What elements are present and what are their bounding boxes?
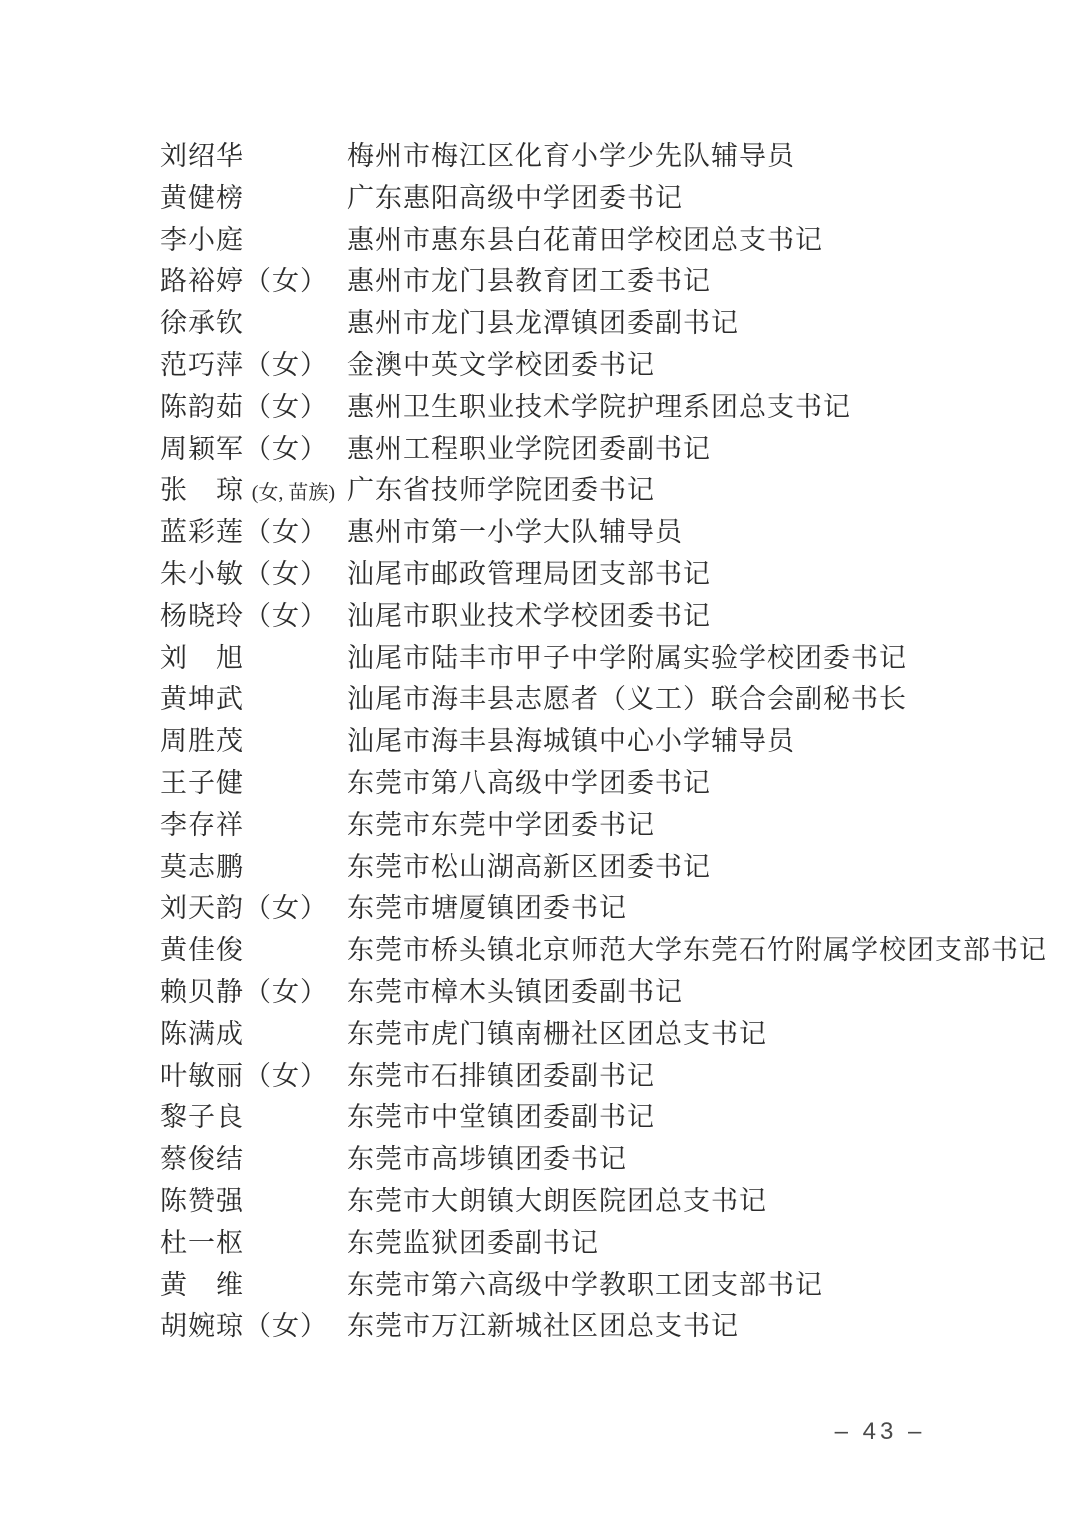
person-name: 周胜茂 bbox=[160, 726, 244, 756]
page-number: – 43 – bbox=[830, 1418, 930, 1446]
person-name-cell: 王子健 bbox=[160, 763, 347, 808]
roster-row: 陈赞强 东莞市大朗镇大朗医院团总支书记 bbox=[160, 1181, 1020, 1223]
person-name-cell: 刘 旭 bbox=[160, 638, 347, 683]
person-name: 周颖军（女） bbox=[160, 434, 328, 464]
person-name-cell: 胡婉琼（女） bbox=[160, 1306, 347, 1351]
roster-row: 叶敏丽（女） 东莞市石排镇团委副书记 bbox=[160, 1056, 1020, 1098]
person-name: 王子健 bbox=[160, 768, 244, 798]
person-position: 广东省技师学院团委书记 bbox=[347, 470, 1020, 512]
person-position: 汕尾市职业技术学校团委书记 bbox=[347, 596, 1020, 638]
roster-row: 刘 旭 汕尾市陆丰市甲子中学附属实验学校团委书记 bbox=[160, 638, 1020, 680]
person-name: 陈韵茹（女） bbox=[160, 392, 328, 422]
person-position: 惠州市龙门县龙潭镇团委副书记 bbox=[347, 303, 1020, 345]
person-name: 黄坤武 bbox=[160, 684, 244, 714]
person-name: 蔡俊结 bbox=[160, 1144, 244, 1174]
person-position: 东莞市万江新城社区团总支书记 bbox=[347, 1306, 1020, 1348]
person-position: 东莞市第六高级中学教职工团支部书记 bbox=[347, 1265, 1020, 1307]
roster-row: 蔡俊结 东莞市高埗镇团委书记 bbox=[160, 1139, 1020, 1181]
person-name-cell: 陈满成 bbox=[160, 1014, 347, 1059]
person-name-cell: 杨晓玲（女） bbox=[160, 596, 347, 641]
person-name: 路裕婷（女） bbox=[160, 266, 328, 296]
person-name: 朱小敏（女） bbox=[160, 559, 328, 589]
person-name: 杨晓玲（女） bbox=[160, 601, 328, 631]
roster-row: 李存祥 东莞市东莞中学团委书记 bbox=[160, 805, 1020, 847]
person-name: 黎子良 bbox=[160, 1102, 244, 1132]
person-name: 徐承钦 bbox=[160, 308, 244, 338]
person-position: 汕尾市邮政管理局团支部书记 bbox=[347, 554, 1020, 596]
person-name-cell: 范巧萍（女） bbox=[160, 345, 347, 390]
roster-row: 蓝彩莲（女） 惠州市第一小学大队辅导员 bbox=[160, 512, 1020, 554]
roster-row: 黄 维 东莞市第六高级中学教职工团支部书记 bbox=[160, 1265, 1020, 1307]
person-position: 汕尾市海丰县海城镇中心小学辅导员 bbox=[347, 721, 1020, 763]
roster-row: 胡婉琼（女） 东莞市万江新城社区团总支书记 bbox=[160, 1306, 1020, 1348]
person-name: 黄佳俊 bbox=[160, 935, 244, 965]
roster-row: 莫志鹏 东莞市松山湖高新区团委书记 bbox=[160, 847, 1020, 889]
roster-row: 张 琼 (女, 苗族) 广东省技师学院团委书记 bbox=[160, 470, 1020, 512]
person-position: 东莞市石排镇团委副书记 bbox=[347, 1056, 1020, 1098]
person-name: 杜一枢 bbox=[160, 1228, 244, 1258]
roster-row: 徐承钦 惠州市龙门县龙潭镇团委副书记 bbox=[160, 303, 1020, 345]
person-name-cell: 刘天韵（女） bbox=[160, 888, 347, 933]
roster-row: 黄健榜 广东惠阳高级中学团委书记 bbox=[160, 178, 1020, 220]
person-name-cell: 黄健榜 bbox=[160, 178, 347, 223]
person-name-cell: 周胜茂 bbox=[160, 721, 347, 766]
person-position: 东莞市松山湖高新区团委书记 bbox=[347, 847, 1020, 889]
person-name-cell: 陈赞强 bbox=[160, 1181, 347, 1226]
roster-row: 路裕婷（女） 惠州市龙门县教育团工委书记 bbox=[160, 261, 1020, 303]
person-position: 梅州市梅江区化育小学少先队辅导员 bbox=[347, 136, 1020, 178]
roster-row: 周颖军（女） 惠州工程职业学院团委副书记 bbox=[160, 429, 1020, 471]
person-name-cell: 徐承钦 bbox=[160, 303, 347, 348]
person-position: 东莞市塘厦镇团委书记 bbox=[347, 888, 1020, 930]
person-name: 黄 维 bbox=[160, 1270, 244, 1300]
roster-row: 黄坤武 汕尾市海丰县志愿者（义工）联合会副秘书长 bbox=[160, 679, 1020, 721]
person-position: 东莞监狱团委副书记 bbox=[347, 1223, 1020, 1265]
person-name-cell: 李小庭 bbox=[160, 220, 347, 265]
person-position: 东莞市第八高级中学团委书记 bbox=[347, 763, 1020, 805]
person-name-cell: 黄佳俊 bbox=[160, 930, 347, 975]
person-name-cell: 李存祥 bbox=[160, 805, 347, 850]
person-position: 东莞市虎门镇南栅社区团总支书记 bbox=[347, 1014, 1020, 1056]
person-name: 莫志鹏 bbox=[160, 852, 244, 882]
person-name-note: (女, 苗族) bbox=[252, 482, 335, 504]
person-name: 李存祥 bbox=[160, 810, 244, 840]
person-name-cell: 路裕婷（女） bbox=[160, 261, 347, 306]
document-page: 刘绍华 梅州市梅江区化育小学少先队辅导员 黄健榜 广东惠阳高级中学团委书记 李小… bbox=[0, 0, 1080, 1527]
person-name: 蓝彩莲（女） bbox=[160, 517, 328, 547]
person-name-cell: 莫志鹏 bbox=[160, 847, 347, 892]
person-name: 李小庭 bbox=[160, 225, 244, 255]
person-position: 汕尾市海丰县志愿者（义工）联合会副秘书长 bbox=[347, 679, 1020, 721]
roster-row: 陈满成 东莞市虎门镇南栅社区团总支书记 bbox=[160, 1014, 1020, 1056]
person-position: 广东惠阳高级中学团委书记 bbox=[347, 178, 1020, 220]
person-name-cell: 黎子良 bbox=[160, 1097, 347, 1142]
person-position: 惠州卫生职业技术学院护理系团总支书记 bbox=[347, 387, 1020, 429]
person-name-cell: 黄 维 bbox=[160, 1265, 347, 1310]
person-name-cell: 陈韵茹（女） bbox=[160, 387, 347, 432]
person-name: 刘绍华 bbox=[160, 141, 244, 171]
person-name: 刘天韵（女） bbox=[160, 893, 328, 923]
person-name: 赖贝静（女） bbox=[160, 977, 328, 1007]
roster-row: 刘天韵（女） 东莞市塘厦镇团委书记 bbox=[160, 888, 1020, 930]
roster-row: 杜一枢 东莞监狱团委副书记 bbox=[160, 1223, 1020, 1265]
person-name: 黄健榜 bbox=[160, 183, 244, 213]
person-name: 刘 旭 bbox=[160, 643, 244, 673]
person-name-cell: 赖贝静（女） bbox=[160, 972, 347, 1017]
person-name: 张 琼 bbox=[160, 475, 244, 505]
person-name: 叶敏丽（女） bbox=[160, 1061, 328, 1091]
person-position: 东莞市桥头镇北京师范大学东莞石竹附属学校团支部书记 bbox=[347, 930, 1047, 972]
roster-row: 李小庭 惠州市惠东县白花莆田学校团总支书记 bbox=[160, 220, 1020, 262]
roster-row: 朱小敏（女） 汕尾市邮政管理局团支部书记 bbox=[160, 554, 1020, 596]
person-position: 惠州工程职业学院团委副书记 bbox=[347, 429, 1020, 471]
roster-row: 赖贝静（女） 东莞市樟木头镇团委副书记 bbox=[160, 972, 1020, 1014]
roster-row: 王子健 东莞市第八高级中学团委书记 bbox=[160, 763, 1020, 805]
roster-row: 刘绍华 梅州市梅江区化育小学少先队辅导员 bbox=[160, 136, 1020, 178]
person-name-cell: 黄坤武 bbox=[160, 679, 347, 724]
person-position: 惠州市龙门县教育团工委书记 bbox=[347, 261, 1020, 303]
roster-row: 陈韵茹（女） 惠州卫生职业技术学院护理系团总支书记 bbox=[160, 387, 1020, 429]
person-position: 东莞市东莞中学团委书记 bbox=[347, 805, 1020, 847]
person-name-cell: 朱小敏（女） bbox=[160, 554, 347, 599]
person-name: 范巧萍（女） bbox=[160, 350, 328, 380]
person-position: 东莞市中堂镇团委副书记 bbox=[347, 1097, 1020, 1139]
person-position: 东莞市樟木头镇团委副书记 bbox=[347, 972, 1020, 1014]
person-position: 东莞市高埗镇团委书记 bbox=[347, 1139, 1020, 1181]
roster-row: 杨晓玲（女） 汕尾市职业技术学校团委书记 bbox=[160, 596, 1020, 638]
person-position: 金澳中英文学校团委书记 bbox=[347, 345, 1020, 387]
person-name-cell: 张 琼 (女, 苗族) bbox=[160, 470, 347, 515]
person-name-cell: 刘绍华 bbox=[160, 136, 347, 181]
roster-row: 黄佳俊 东莞市桥头镇北京师范大学东莞石竹附属学校团支部书记 bbox=[160, 930, 1020, 972]
person-name: 胡婉琼（女） bbox=[160, 1311, 328, 1341]
person-position: 东莞市大朗镇大朗医院团总支书记 bbox=[347, 1181, 1020, 1223]
person-name-cell: 杜一枢 bbox=[160, 1223, 347, 1268]
person-position: 汕尾市陆丰市甲子中学附属实验学校团委书记 bbox=[347, 638, 1020, 680]
roster-row: 黎子良 东莞市中堂镇团委副书记 bbox=[160, 1097, 1020, 1139]
person-position: 惠州市惠东县白花莆田学校团总支书记 bbox=[347, 220, 1020, 262]
person-name-cell: 周颖军（女） bbox=[160, 429, 347, 474]
person-name-cell: 蓝彩莲（女） bbox=[160, 512, 347, 557]
roster-row: 范巧萍（女） 金澳中英文学校团委书记 bbox=[160, 345, 1020, 387]
person-position: 惠州市第一小学大队辅导员 bbox=[347, 512, 1020, 554]
roster-row: 周胜茂 汕尾市海丰县海城镇中心小学辅导员 bbox=[160, 721, 1020, 763]
person-name-cell: 蔡俊结 bbox=[160, 1139, 347, 1184]
person-name: 陈赞强 bbox=[160, 1186, 244, 1216]
person-name-cell: 叶敏丽（女） bbox=[160, 1056, 347, 1101]
roster-list: 刘绍华 梅州市梅江区化育小学少先队辅导员 黄健榜 广东惠阳高级中学团委书记 李小… bbox=[160, 136, 1020, 1348]
person-name: 陈满成 bbox=[160, 1019, 244, 1049]
